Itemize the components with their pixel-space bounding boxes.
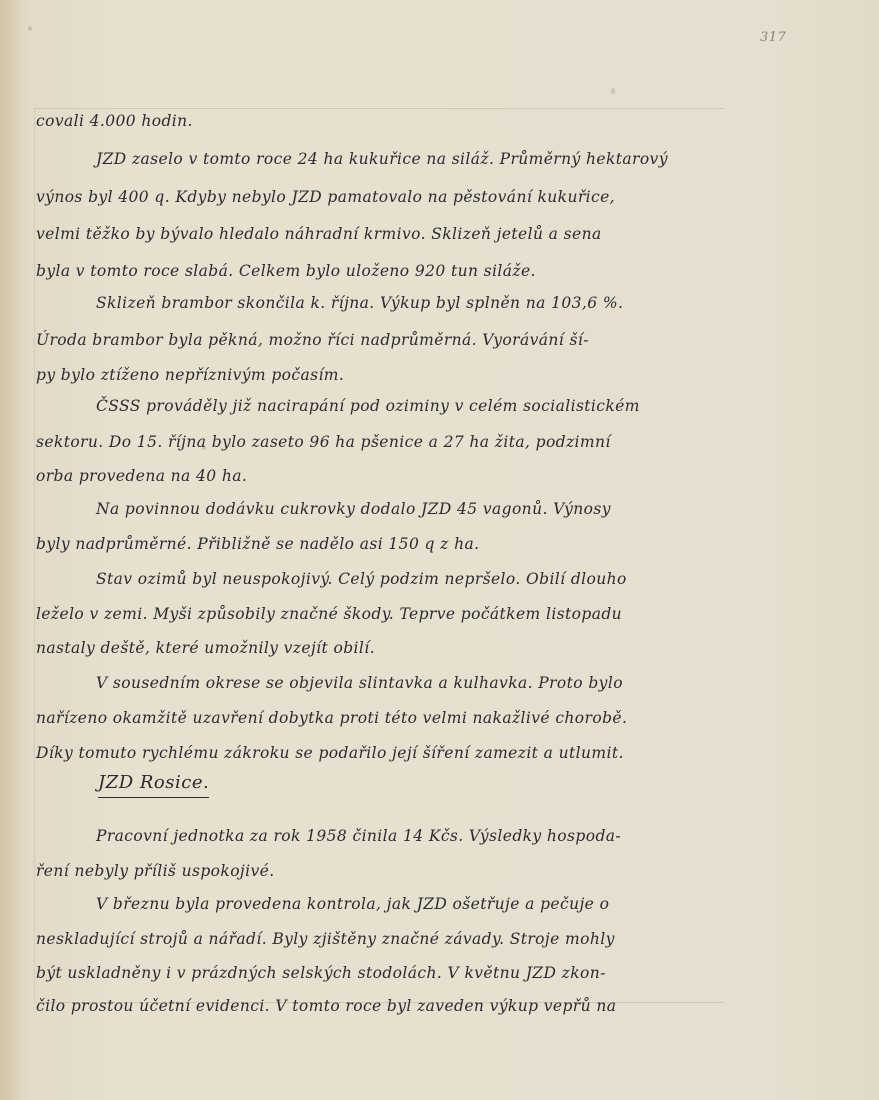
text-line: nastaly deště, které umožnily vzejít obi… bbox=[36, 639, 375, 673]
chronicle-page: 317 covali 4.000 hodin. JZD zaselo v tom… bbox=[0, 0, 879, 1100]
binding-edge bbox=[0, 0, 22, 1100]
text-line: ření nebyly příliš uspokojivé. bbox=[36, 862, 275, 896]
text-line: py bylo ztíženo nepříznivým počasím. bbox=[36, 366, 344, 400]
text-line: JZD zaselo v tomto roce 24 ha kukuřice n… bbox=[96, 150, 668, 184]
paper-speck bbox=[611, 88, 615, 94]
margin-line bbox=[34, 108, 35, 1001]
text-line: Pracovní jednotka za rok 1958 činila 14 … bbox=[96, 827, 621, 861]
text-line: leželo v zemi. Myši způsobily značné ško… bbox=[36, 605, 622, 639]
text-line: Stav ozimů byl neuspokojivý. Celý podzim… bbox=[96, 570, 627, 604]
page-number: 317 bbox=[760, 30, 786, 45]
text-line: být uskladněny i v prázdných selských st… bbox=[36, 964, 606, 998]
section-heading: JZD Rosice. bbox=[98, 772, 209, 798]
text-line: byly nadprůměrné. Přibližně se nadělo as… bbox=[36, 535, 479, 569]
text-line: covali 4.000 hodin. bbox=[36, 112, 193, 146]
text-line: Sklizeň brambor skončila k. října. Výkup… bbox=[96, 294, 623, 328]
text-line: ČSSS prováděly již nacirapání pod ozimin… bbox=[96, 397, 640, 431]
text-line: Úroda brambor byla pěkná, možno říci nad… bbox=[36, 331, 589, 365]
text-line: nařízeno okamžitě uzavření dobytka proti… bbox=[36, 709, 627, 743]
text-line: Na povinnou dodávku cukrovky dodalo JZD … bbox=[96, 500, 611, 534]
text-line: neskladující strojů a nářadí. Byly zjišt… bbox=[36, 930, 615, 964]
paper-speck bbox=[28, 26, 32, 31]
text-line: výnos byl 400 q. Kdyby nebylo JZD pamato… bbox=[36, 188, 615, 222]
text-line: V březnu byla provedena kontrola, jak JZ… bbox=[96, 895, 609, 929]
text-line: byla v tomto roce slabá. Celkem bylo ulo… bbox=[36, 262, 536, 296]
text-line: V sousedním okrese se objevila slintavka… bbox=[96, 674, 623, 708]
text-line: čilo prostou účetní evidenci. V tomto ro… bbox=[36, 997, 616, 1031]
text-line: velmi těžko by bývalo hledalo náhradní k… bbox=[36, 225, 602, 259]
text-line: orba provedena na 40 ha. bbox=[36, 467, 247, 501]
text-line: sektoru. Do 15. října bylo zaseto 96 ha … bbox=[36, 433, 611, 467]
